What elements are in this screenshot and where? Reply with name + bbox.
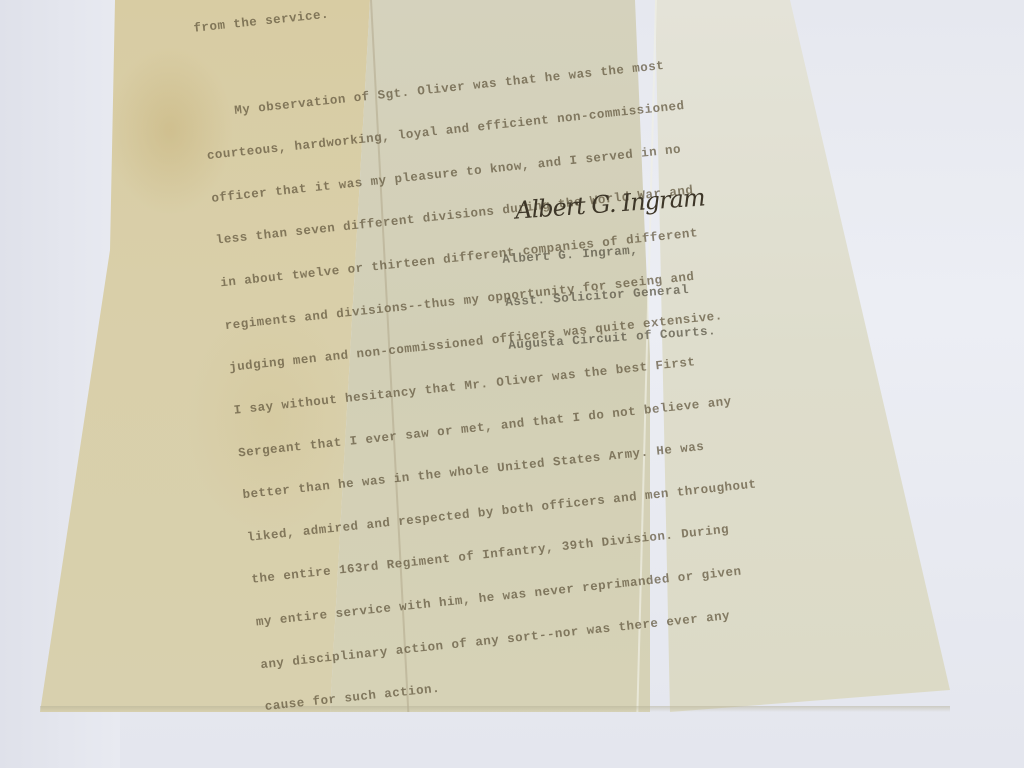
signature-block: Albert G. Ingram, Asst. Solicitor Genera… xyxy=(500,210,718,380)
letter-paper: from the service. My observation of Sgt.… xyxy=(0,0,1024,768)
signer-title: Asst. Solicitor General xyxy=(505,281,714,310)
signer-name: Albert G. Ingram, xyxy=(502,239,711,268)
letter-body: from the service. My observation of Sgt.… xyxy=(190,0,778,743)
signer-office: Augusta Circuit of Courts. xyxy=(508,324,717,353)
